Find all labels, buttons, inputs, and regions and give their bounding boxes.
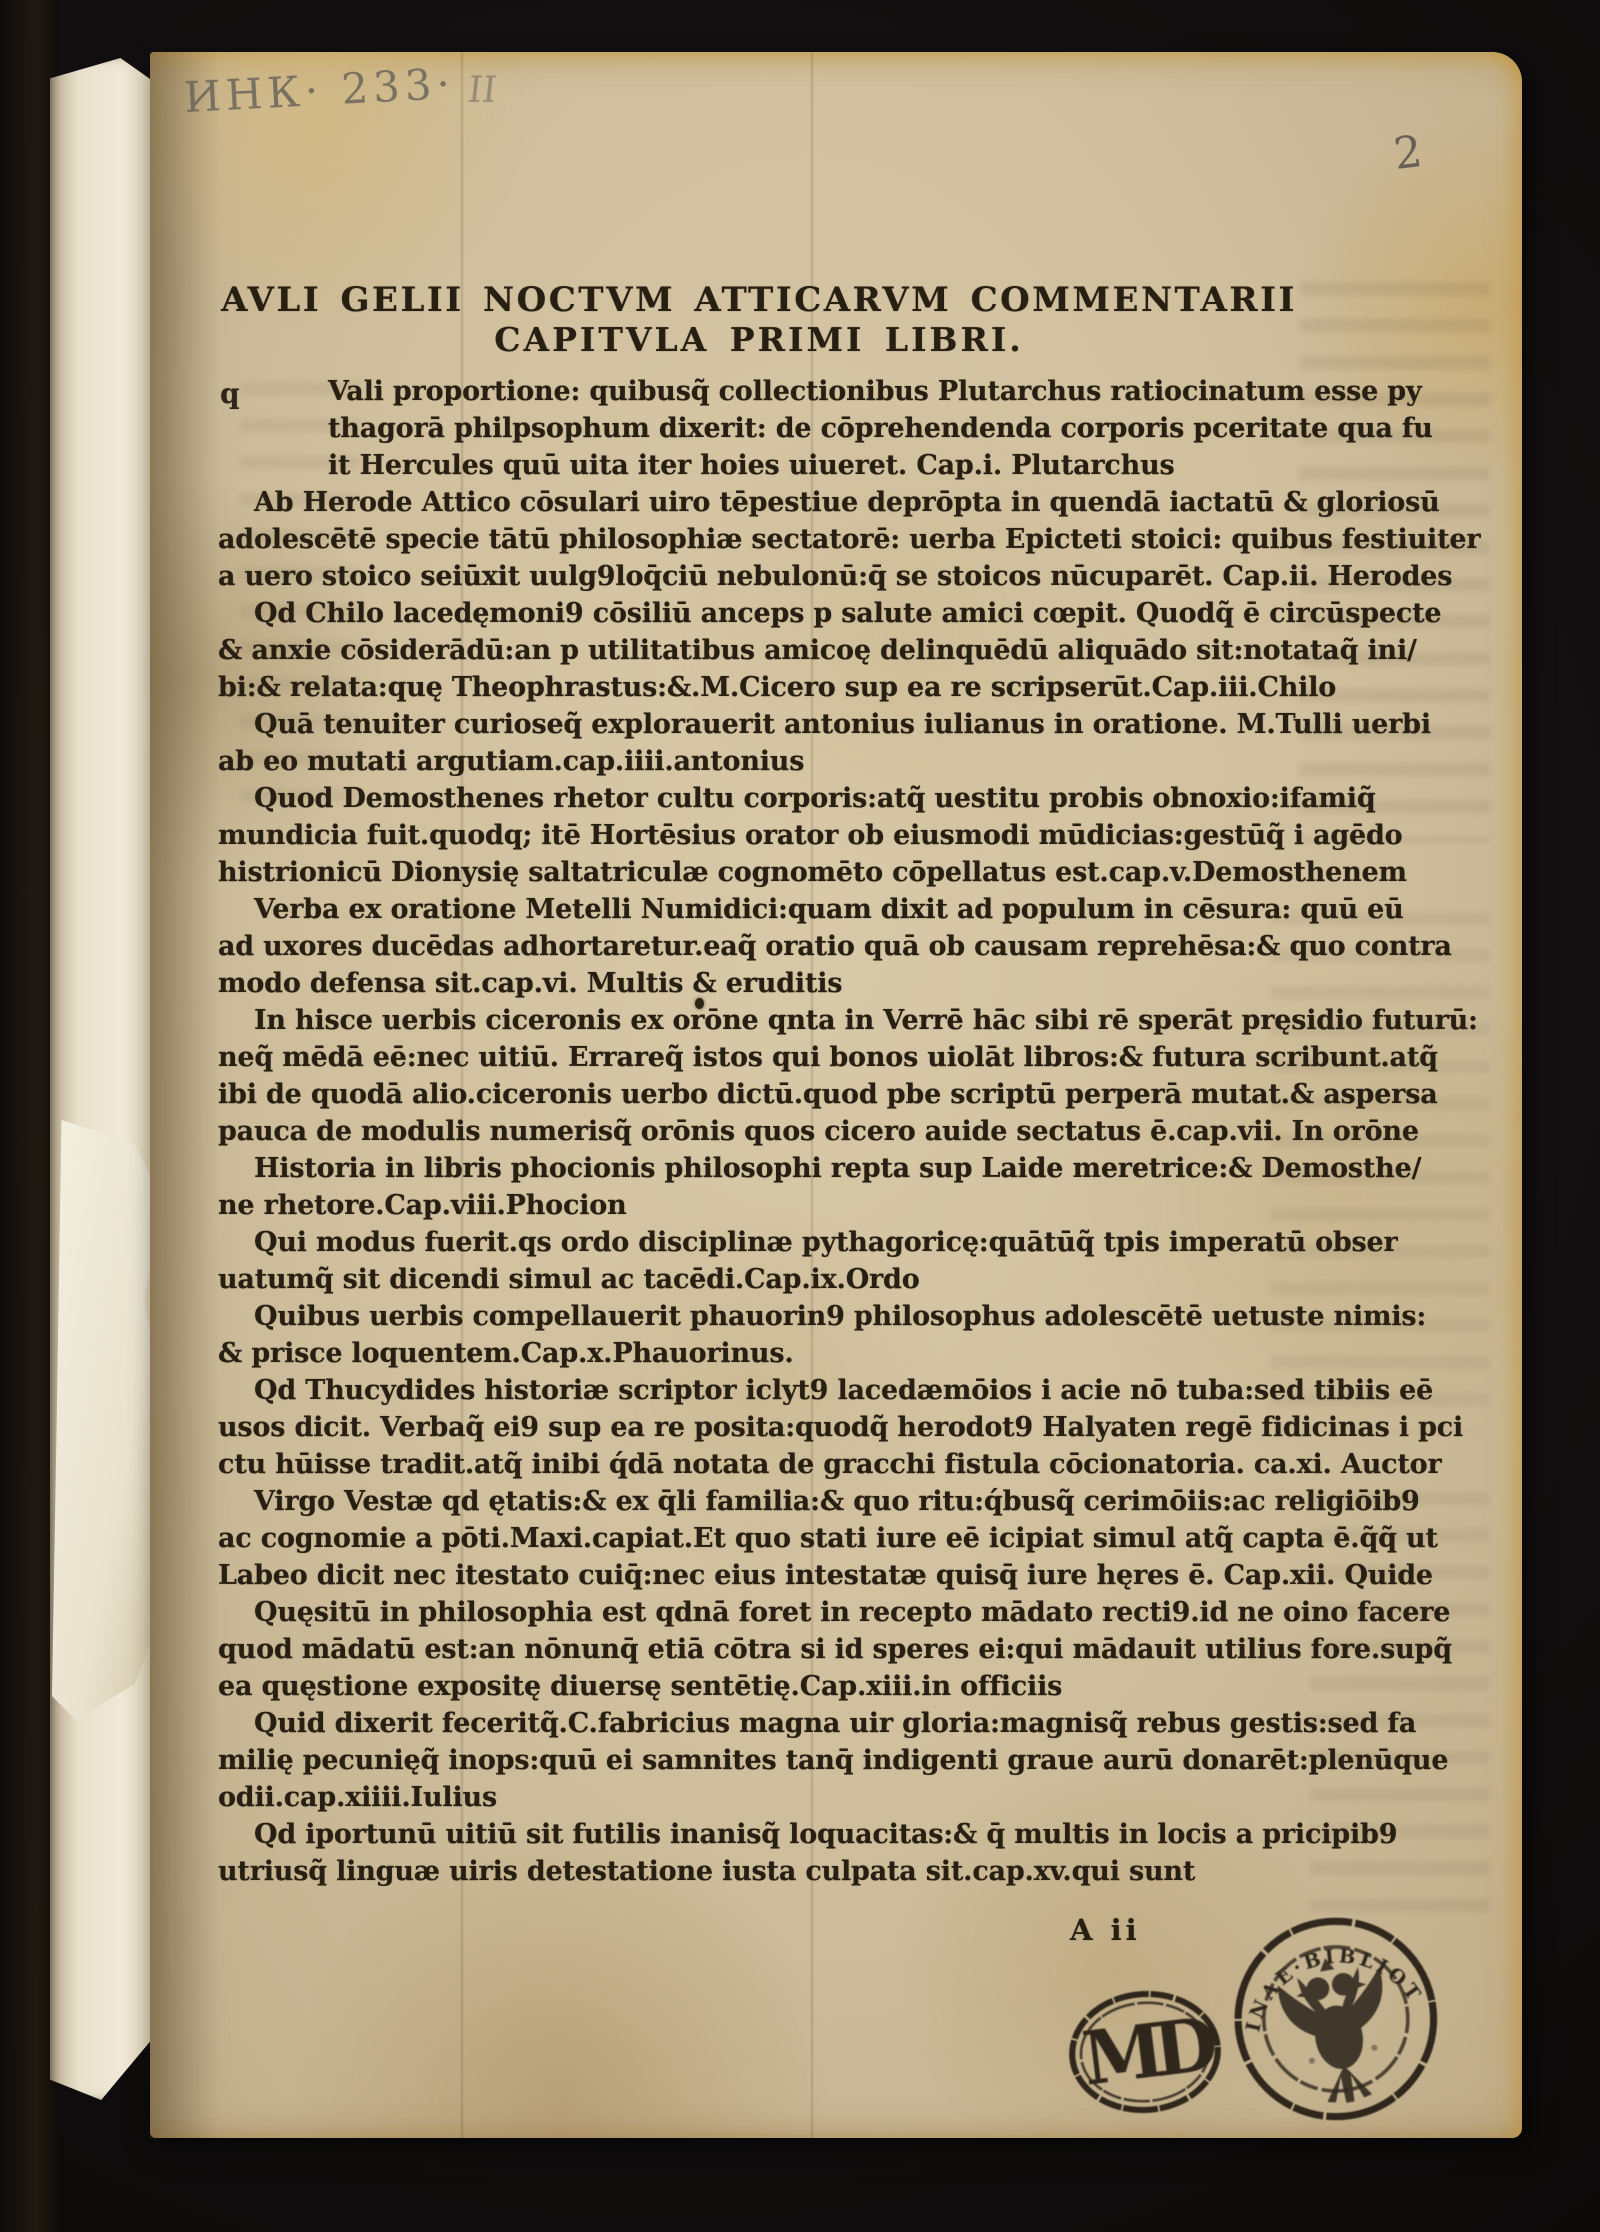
book-binding-edge <box>0 0 58 2232</box>
folio-number: 2 <box>1391 126 1425 180</box>
text-line: histrionicū Dionysię saltatriculæ cognom… <box>218 854 1300 891</box>
text-line: neq̃ mēdā eē:nec uitiū. Errareq̃ istos q… <box>218 1039 1300 1076</box>
text-line: thagorā philpsophum dixerit: de cōprehen… <box>218 410 1300 447</box>
text-line: Labeo dicit nec itestato cuiq̄:nec eius … <box>218 1557 1300 1594</box>
shelfmark-annotation: ИНК· 233· <box>183 59 456 122</box>
chapter-paragraph: Qd iportunū uitiū sit futilis inanisq̃ l… <box>218 1816 1300 1890</box>
page-title: AVLI GELII NOCTVM ATTICARVM COMMENTARII … <box>218 280 1300 360</box>
text-line: adolescētē specie tātū philosophiæ secta… <box>218 521 1300 558</box>
text-line: milię pecunięq̃ inops:quū ei samnites ta… <box>218 1742 1300 1779</box>
text-line: Quid dixerit feceritq̃.C.fabricius magna… <box>218 1705 1300 1742</box>
library-round-stamp: INAE·BIBLIOTH <box>1215 1896 1457 2145</box>
chapter-paragraph: Historia in libris phocionis philosophi … <box>218 1150 1300 1224</box>
text-line: uatumq̃ sit dicendi simul ac tacēdi.Cap.… <box>218 1261 1300 1298</box>
text-line: it Hercules quū uita iter hoies uiueret.… <box>218 447 1300 484</box>
text-line: utriusq̃ linguæ uiris detestatione iusta… <box>218 1853 1300 1890</box>
chapter-list: Vali proportione: quibusq̃ collectionibu… <box>218 373 1300 1890</box>
chapter-paragraph: Virgo Vestæ qd ętatis:& ex q̄li familia:… <box>218 1483 1300 1594</box>
text-line: modo defensa sit.cap.vi. Multis & erudit… <box>218 965 1300 1002</box>
chapter-paragraph: Ab Herode Attico cōsulari uiro tēpestiue… <box>218 484 1300 595</box>
text-line: a uero stoico seiūxit uulg9loq̄ciū nebul… <box>218 558 1300 595</box>
text-line: Qd iportunū uitiū sit futilis inanisq̃ l… <box>218 1816 1300 1853</box>
text-line: Quibus uerbis compellauerit phauorin9 ph… <box>218 1298 1300 1335</box>
text-line: bi:& relata:quę Theophrastus:&.M.Cicero … <box>218 669 1300 706</box>
chapter-paragraph: Quod Demosthenes rhetor cultu corporis:a… <box>218 780 1300 891</box>
chapter-paragraph: Quęsitū in philosophia est qdnā foret in… <box>218 1594 1300 1705</box>
text-line: usos dicit. Verbaq̃ ei9 sup ea re posita… <box>218 1409 1300 1446</box>
text-line: ctu hūisse tradit.atq̃ inibi q́dā notata… <box>218 1446 1300 1483</box>
text-line: & anxie cōsiderādū:an p utilitatibus ami… <box>218 632 1300 669</box>
chapter-paragraph: Quā tenuiter curioseq̃ explorauerit anto… <box>218 706 1300 780</box>
chapter-paragraph: Quid dixerit feceritq̃.C.fabricius magna… <box>218 1705 1300 1816</box>
text-line: ea quęstione expositę diuersę sentētię.C… <box>218 1668 1300 1705</box>
text-line: Vali proportione: quibusq̃ collectionibu… <box>218 373 1300 410</box>
chapter-paragraph: Qd Thucydides historiæ scriptor iclyt9 l… <box>218 1372 1300 1483</box>
text-line: Historia in libris phocionis philosophi … <box>218 1150 1300 1187</box>
chapter-paragraph: In hisce uerbis ciceronis ex orōne qnta … <box>218 1002 1300 1150</box>
book-page: ИНК· 233· II 2 q AVLI GELII NOCTVM ATTIC… <box>150 52 1522 2138</box>
text-line: Qd Chilo lacedęmoni9 cōsiliū anceps p sa… <box>218 595 1300 632</box>
text-line: odii.cap.xiiii.Iulius <box>218 1779 1300 1816</box>
text-line: Quęsitū in philosophia est qdnā foret in… <box>218 1594 1300 1631</box>
title-line-1: AVLI GELII NOCTVM ATTICARVM COMMENTARII <box>218 280 1300 320</box>
chapter-paragraph: Qd Chilo lacedęmoni9 cōsiliū anceps p sa… <box>218 595 1300 706</box>
text-line: & prisce loquentem.Cap.x.Phauorinus. <box>218 1335 1300 1372</box>
text-line: Virgo Vestæ qd ętatis:& ex q̄li familia:… <box>218 1483 1300 1520</box>
chapter-paragraph: Quibus uerbis compellauerit phauorin9 ph… <box>218 1298 1300 1372</box>
chapter-paragraph: Qui modus fuerit.qs ordo disciplinæ pyth… <box>218 1224 1300 1298</box>
md-oval-stamp: MD <box>1062 1981 1229 2124</box>
text-line: ne rhetore.Cap.viii.Phocion <box>218 1187 1300 1224</box>
text-line: Verba ex oratione Metelli Numidici:quam … <box>218 891 1300 928</box>
text-line: Ab Herode Attico cōsulari uiro tēpestiue… <box>218 484 1300 521</box>
text-line: Qd Thucydides historiæ scriptor iclyt9 l… <box>218 1372 1300 1409</box>
text-line: Quod Demosthenes rhetor cultu corporis:a… <box>218 780 1300 817</box>
text-line: ab eo mutati argutiam.cap.iiii.antonius <box>218 743 1300 780</box>
text-line: Qui modus fuerit.qs ordo disciplinæ pyth… <box>218 1224 1300 1261</box>
chapter-paragraph: Verba ex oratione Metelli Numidici:quam … <box>218 891 1300 1002</box>
text-line: ac cognomie a pōti.Maxi.capiat.Et quo st… <box>218 1520 1300 1557</box>
text-line: pauca de modulis numerisq̃ orōnis quos c… <box>218 1113 1300 1150</box>
md-monogram: MD <box>1078 2001 1220 2102</box>
text-line: ad uxores ducēdas adhortaretur.eaq̃ orat… <box>218 928 1300 965</box>
library-stamp-graphic: INAE·BIBLIOTH <box>1215 1896 1457 2145</box>
text-line: Quā tenuiter curioseq̃ explorauerit anto… <box>218 706 1300 743</box>
gutter-shadow <box>150 52 220 2138</box>
text-line: In hisce uerbis ciceronis ex orōne qnta … <box>218 1002 1300 1039</box>
flyleaf-mark: II <box>466 70 499 111</box>
text-line: ibi de quodā alio.ciceronis uerbo dictū.… <box>218 1076 1300 1113</box>
printed-text-block: q AVLI GELII NOCTVM ATTICARVM COMMENTARI… <box>218 280 1300 1949</box>
quire-signature: A ii <box>218 1912 1300 1949</box>
title-line-2: CAPITVLA PRIMI LIBRI. <box>218 320 1300 360</box>
ink-bleedthrough <box>1310 1492 1490 1922</box>
chapter-paragraph: Vali proportione: quibusq̃ collectionibu… <box>218 373 1300 484</box>
md-oval-stamp-graphic: MD <box>1062 1981 1229 2124</box>
text-line: mundicia fuit.quodq; itē Hortēsius orato… <box>218 817 1300 854</box>
printer-margin-mark: q <box>220 380 239 408</box>
text-line: quod mādatū est:an nōnunq̄ etiā cōtra si… <box>218 1631 1300 1668</box>
